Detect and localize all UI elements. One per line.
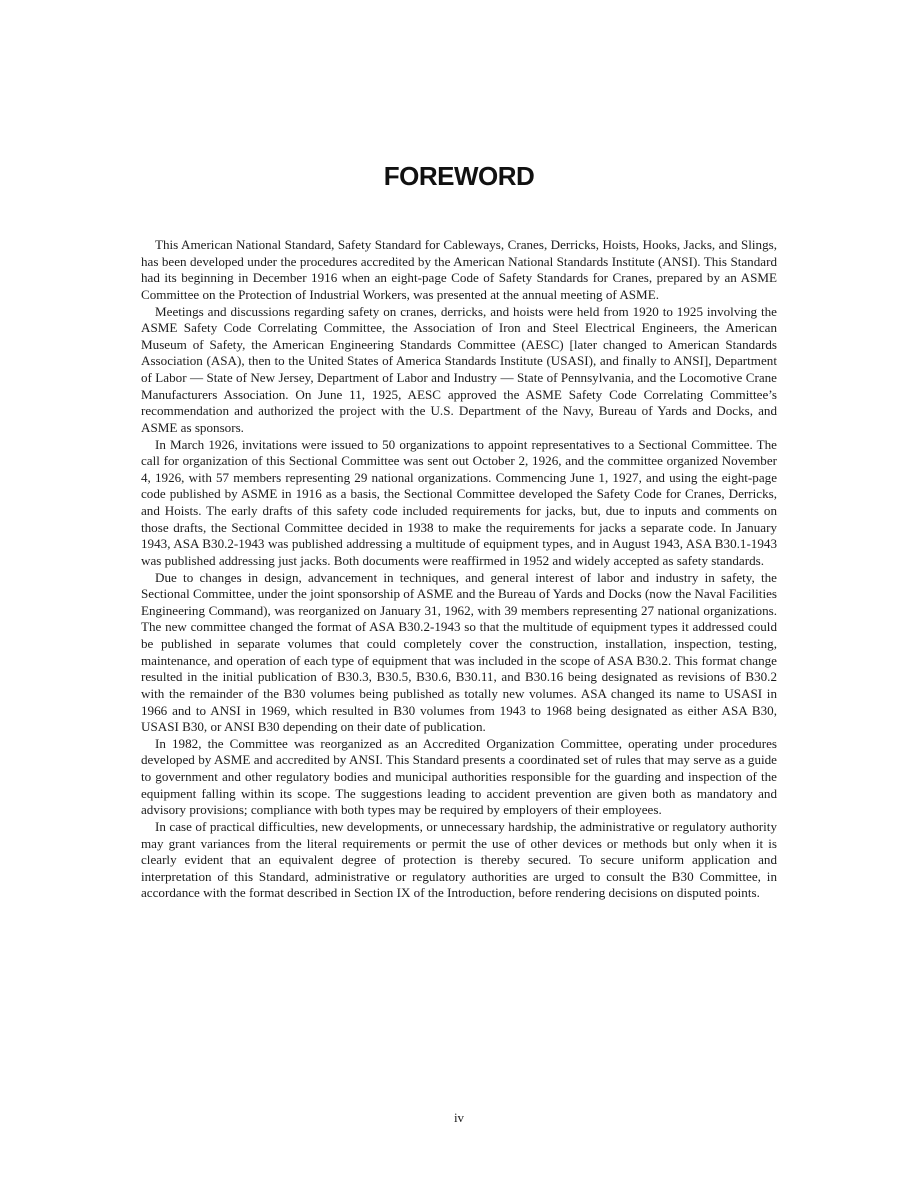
paragraph: In case of practical difficulties, new d… [141,819,777,902]
paragraph: This American National Standard, Safety … [141,237,777,304]
paragraph: Meetings and discussions regarding safet… [141,304,777,437]
page-title: FOREWORD [0,161,918,192]
paragraph: Due to changes in design, advancement in… [141,570,777,736]
page-number: iv [0,1110,918,1126]
foreword-body: This American National Standard, Safety … [141,237,777,902]
paragraph: In March 1926, invitations were issued t… [141,437,777,570]
document-page: FOREWORD This American National Standard… [0,0,918,1188]
paragraph: In 1982, the Committee was reorganized a… [141,736,777,819]
